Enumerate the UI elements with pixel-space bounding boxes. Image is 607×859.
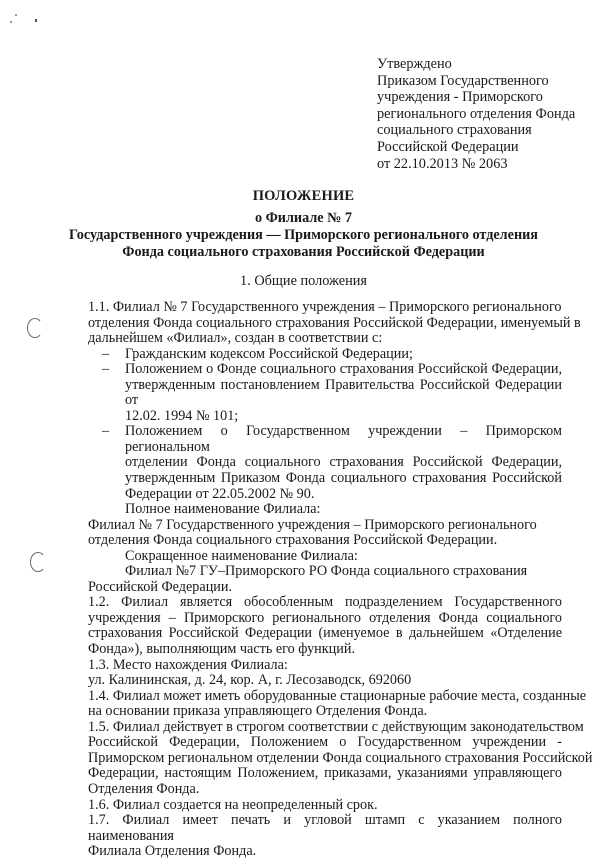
paragraph-1-4: 1.4. Филиал может иметь оборудованные ст…	[88, 689, 562, 720]
approval-line: Приказом Государственного	[377, 73, 575, 90]
text-line: Российской Федерации.	[88, 580, 562, 596]
document-title: ПОЛОЖЕНИЕ	[60, 188, 547, 205]
dash-bullet: –	[102, 424, 109, 440]
text-line: Филиала Отделения Фонда.	[88, 844, 562, 859]
text-line: 1.1. Филиал № 7 Государственного учрежде…	[88, 300, 562, 316]
text-line: Положением о Фонде социального страхован…	[125, 362, 562, 378]
paragraph-1-3-label: 1.3. Место нахождения Филиала:	[88, 658, 562, 674]
punch-hole-mark	[30, 552, 46, 572]
text-line: утвержденным Приказом Фонда социального …	[125, 471, 562, 487]
text-line: Филиал №7 ГУ–Приморского РО Фонда социал…	[88, 564, 562, 580]
short-name: Филиал №7 ГУ–Приморского РО Фонда социал…	[88, 564, 562, 595]
text-line: 1.2. Филиал является обособленным подраз…	[88, 595, 562, 611]
full-name-label: Полное наименование Филиала:	[88, 502, 562, 518]
document-body: 1.1. Филиал № 7 Государственного учрежде…	[88, 300, 562, 859]
paragraph-1-2: 1.2. Филиал является обособленным подраз…	[88, 595, 562, 657]
approval-line: регионального отделения Фонда	[377, 106, 575, 123]
approval-line: социального страхования	[377, 122, 575, 139]
list-item: – Положением о Фонде социального страхов…	[88, 362, 562, 424]
punch-hole-mark	[27, 318, 43, 338]
dash-bullet: –	[102, 347, 109, 363]
approval-line: Утверждено	[377, 56, 575, 73]
section-heading: 1. Общие положения	[60, 273, 547, 290]
scan-speck	[35, 19, 37, 22]
text-line: 1.5. Филиал действует в строгом соответс…	[88, 720, 562, 736]
text-line: утвержденным постановлением Правительств…	[125, 378, 562, 409]
approval-line: от 22.10.2013 № 2063	[377, 156, 575, 173]
text-line: отделения Фонда социального страхования …	[88, 316, 562, 332]
approval-line: Российской Федерации	[377, 139, 575, 156]
document-subtitle: о Филиале № 7 Государственного учреждени…	[60, 210, 547, 261]
scan-speck	[10, 21, 12, 23]
text-line: Гражданским кодексом Российской Федераци…	[125, 347, 562, 363]
short-name-label: Сокращенное наименование Филиала:	[88, 549, 562, 565]
branch-address: ул. Калининская, д. 24, кор. А, г. Лесоз…	[88, 673, 562, 689]
text-line: 1.4. Филиал может иметь оборудованные ст…	[88, 689, 562, 705]
text-line: Положением о Государственном учреждении …	[125, 424, 562, 455]
list-item: – Положением о Государственном учреждени…	[88, 424, 562, 502]
full-name: Филиал № 7 Государственного учреждения –…	[88, 518, 562, 549]
text-line: страхования Российской Федерации (именуе…	[88, 626, 562, 642]
subtitle-line: о Филиале № 7	[60, 210, 547, 227]
text-line: на основании приказа управляющего Отделе…	[88, 704, 562, 720]
text-line: Филиал № 7 Государственного учреждения –…	[88, 518, 562, 534]
text-line: 12.02. 1994 № 101;	[125, 409, 562, 425]
approval-stamp-block: Утверждено Приказом Государственного учр…	[377, 56, 575, 172]
scan-speck	[15, 14, 17, 16]
approval-line: учреждения - Приморского	[377, 89, 575, 106]
text-line: Федерации, настоящим Положением, приказа…	[88, 766, 562, 782]
list-item: – Гражданским кодексом Российской Федера…	[88, 347, 562, 363]
text-line: отделении Фонда социального страхования …	[125, 455, 562, 471]
subtitle-line: Фонда социального страхования Российской…	[60, 244, 547, 261]
text-line: Фонда»), выполняющим часть его функций.	[88, 642, 562, 658]
paragraph-1-1: 1.1. Филиал № 7 Государственного учрежде…	[88, 300, 562, 347]
text-line: Отделения Фонда.	[88, 782, 562, 798]
text-line: Приморском региональном отделении Фонда …	[88, 751, 562, 767]
subtitle-line: Государственного учреждения — Приморског…	[60, 227, 547, 244]
paragraph-1-5: 1.5. Филиал действует в строгом соответс…	[88, 720, 562, 798]
text-line: отделения Фонда социального страхования …	[88, 533, 562, 549]
text-line: 1.7. Филиал имеет печать и угловой штамп…	[88, 813, 562, 844]
text-line: Российской Федерации, Положением о Госуд…	[88, 735, 562, 751]
text-line: Федерации от 22.05.2002 № 90.	[125, 487, 562, 503]
text-line: учреждения – Приморского регионального о…	[88, 611, 562, 627]
paragraph-1-7: 1.7. Филиал имеет печать и угловой штамп…	[88, 813, 562, 859]
document-page: Утверждено Приказом Государственного учр…	[0, 0, 607, 859]
text-line: дальнейшем «Филиал», создан в соответств…	[88, 331, 562, 347]
dash-bullet: –	[102, 362, 109, 378]
paragraph-1-6: 1.6. Филиал создается на неопределенный …	[88, 798, 562, 814]
